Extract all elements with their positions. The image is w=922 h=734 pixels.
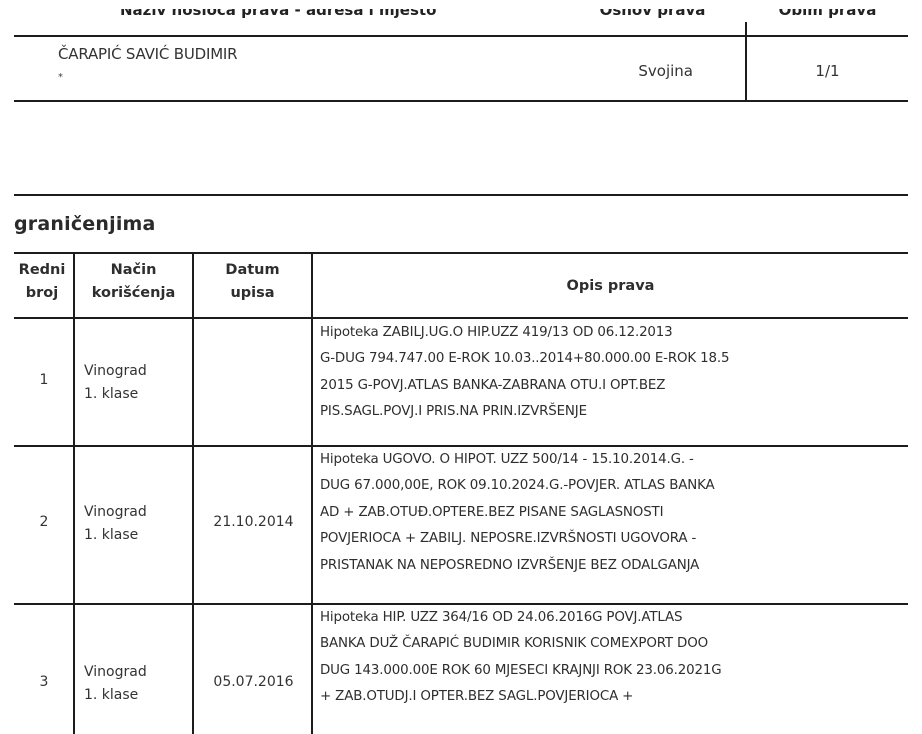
header-datum-upisa: Datum upisa <box>194 259 311 305</box>
row-use: Vinograd 1. klase <box>84 360 147 406</box>
owners-header-rule <box>14 35 908 37</box>
owner-name: ČARAPIĆ SAVIĆ BUDIMIR <box>58 45 237 63</box>
owner-share: 1/1 <box>747 62 908 80</box>
header-opis-prava: Opis prava <box>313 275 908 298</box>
row-description: Hipoteka ZABILJ.UG.O HIP.UZZ 419/13 OD 0… <box>320 320 910 426</box>
row-date: 05.07.2016 <box>194 674 313 690</box>
owner-note: * <box>58 72 63 83</box>
row-number: 2 <box>14 514 74 530</box>
row-description: Hipoteka UGOVO. O HIPOT. UZZ 500/14 - 15… <box>320 447 910 579</box>
owners-header-basis: Osnov prava <box>560 9 745 23</box>
section-top-rule <box>14 194 908 196</box>
owner-basis: Svojina <box>560 62 745 80</box>
header-redni-broj: Redni broj <box>10 259 74 305</box>
header-nacin-koriscenja: Način korišćenja <box>75 259 192 305</box>
owners-header-share: Obim prava <box>747 9 908 23</box>
header-bottom-rule <box>14 317 908 319</box>
section-title: graničenjima <box>14 213 156 235</box>
col-divider-2 <box>192 252 194 734</box>
row-use: Vinograd 1. klase <box>84 501 147 547</box>
owners-bottom-rule <box>14 100 908 102</box>
row-date: 21.10.2014 <box>194 514 313 530</box>
owners-header-name: Naziv nosioca prava - adresa i mjesto <box>120 9 436 23</box>
col-divider-1 <box>73 252 75 734</box>
row-number: 3 <box>14 674 74 690</box>
row-use: Vinograd 1. klase <box>84 661 147 707</box>
row-number: 1 <box>14 372 74 388</box>
table-top-rule <box>14 252 908 254</box>
row-description: Hipoteka HIP. UZZ 364/16 OD 24.06.2016G … <box>320 605 910 711</box>
col-divider-3 <box>311 252 313 734</box>
